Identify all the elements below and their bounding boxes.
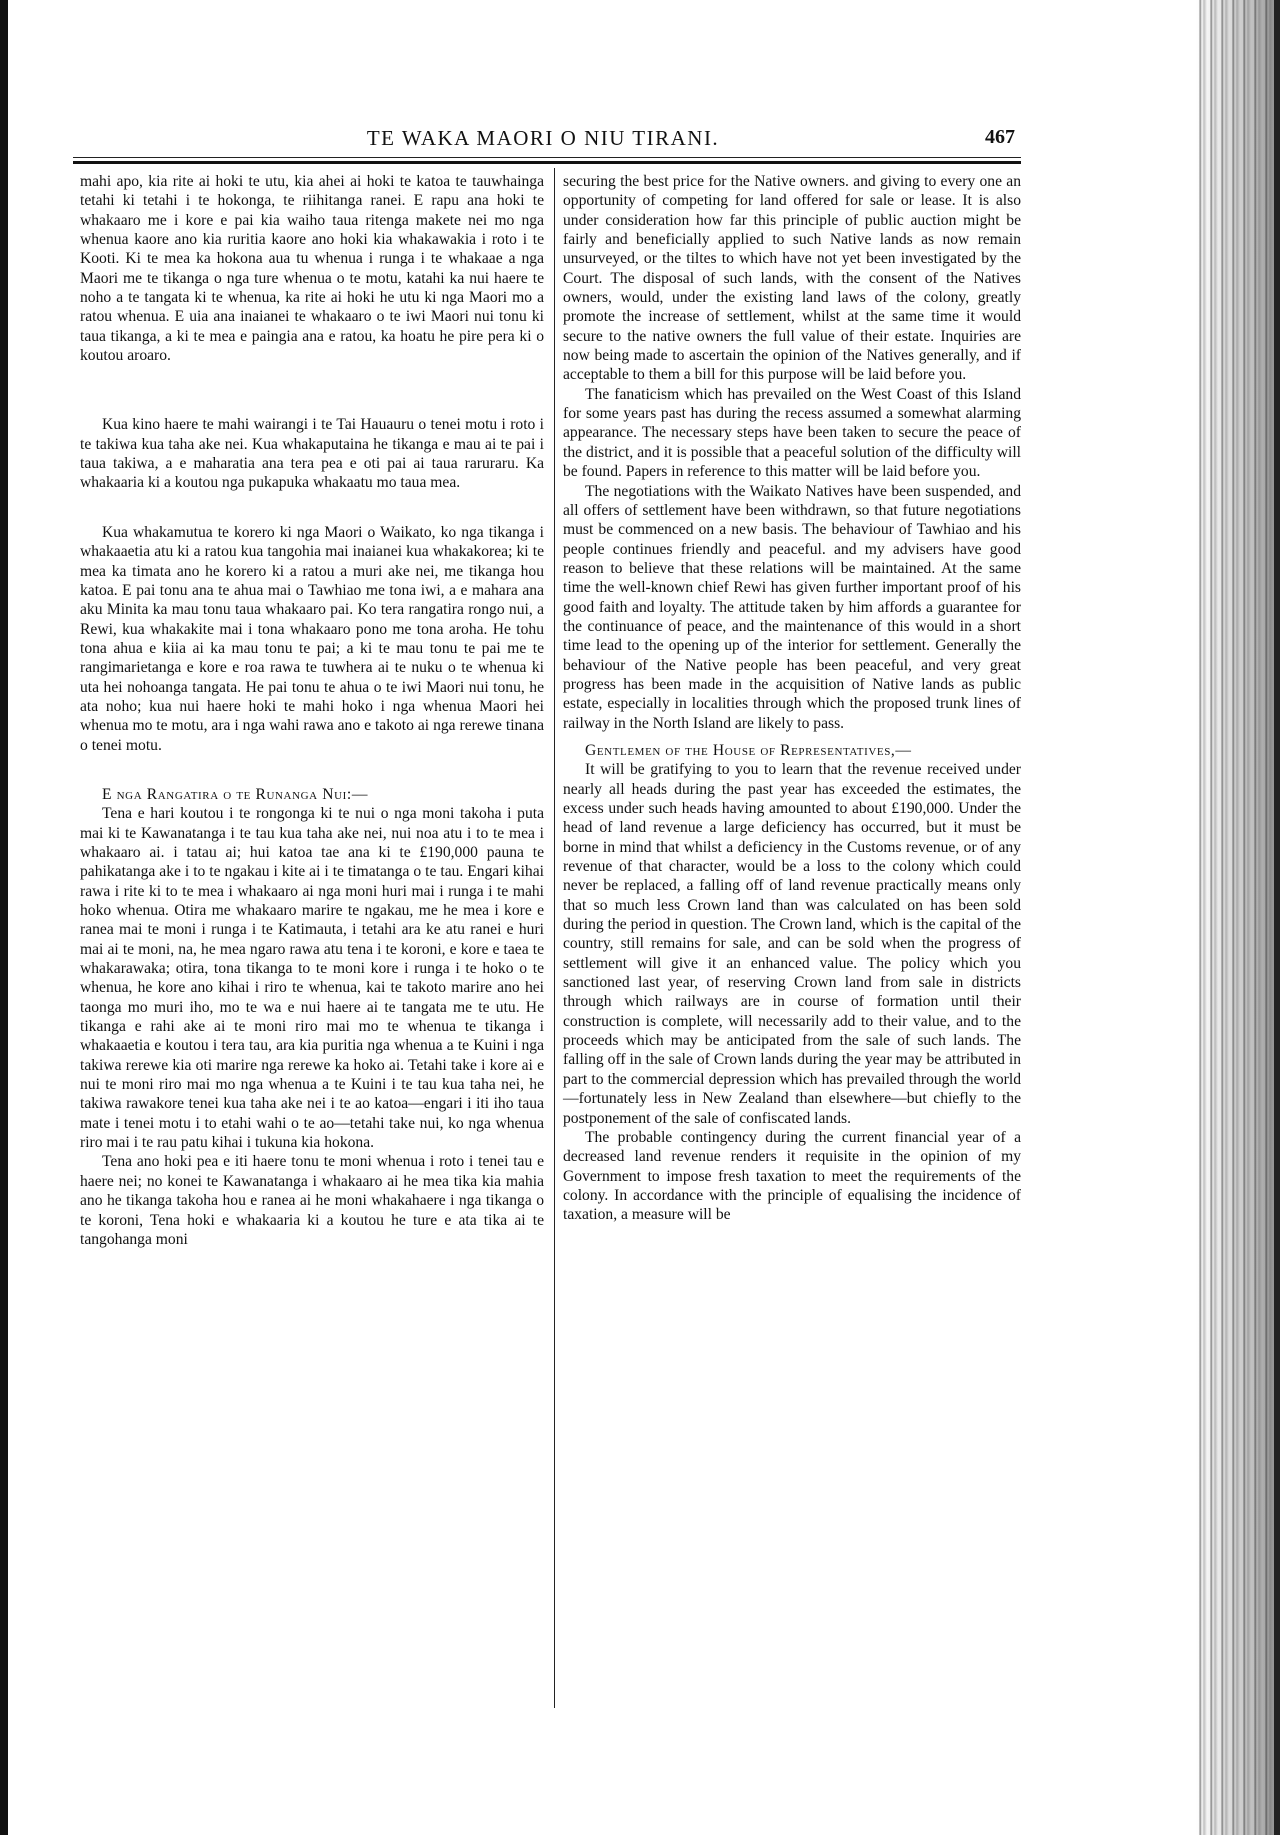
paragraph: Kua kino haere te mahi wairangi i te Tai… (80, 415, 544, 492)
newspaper-title: TE WAKA MAORI O NIU TIRANI. (343, 126, 743, 151)
scan-edge-strip (1274, 0, 1280, 1835)
section-heading: E nga Rangatira o te Runanga Nui:— (80, 785, 544, 804)
spacer (80, 755, 544, 785)
column-divider (554, 168, 555, 1708)
paragraph: Tena ano hoki pea e iti haere tonu te mo… (80, 1152, 544, 1249)
paragraph: It will be gratifying to you to learn th… (563, 760, 1021, 1128)
paragraph: The probable contingency during the curr… (563, 1128, 1021, 1225)
paragraph: The fanaticism which has prevailed on th… (563, 385, 1021, 482)
spacer (563, 733, 1021, 741)
section-heading: Gentlemen of the House of Representative… (563, 741, 1021, 760)
paragraph: Kua whakamutua te korero ki nga Maori o … (80, 523, 544, 755)
paragraph: securing the best price for the Native o… (563, 172, 1021, 385)
paragraph: mahi apo, kia rite ai hoki te utu, kia a… (80, 172, 544, 365)
page-number: 467 (985, 126, 1015, 149)
spacer (80, 365, 544, 415)
left-column-maori: mahi apo, kia rite ai hoki te utu, kia a… (80, 172, 544, 1249)
right-column-english: securing the best price for the Native o… (563, 172, 1021, 1225)
spacer (80, 493, 544, 523)
scan-binding-edge (1196, 0, 1280, 1835)
header-rule-thick (73, 161, 1021, 164)
page-header: TE WAKA MAORI O NIU TIRANI. 467 (73, 122, 1021, 152)
paragraph: The negotiations with the Waikato Native… (563, 482, 1021, 733)
scan-left-edge (0, 0, 8, 1835)
paragraph: Tena e hari koutou i te rongonga ki te n… (80, 804, 544, 1152)
header-rule-thin (73, 157, 1021, 158)
